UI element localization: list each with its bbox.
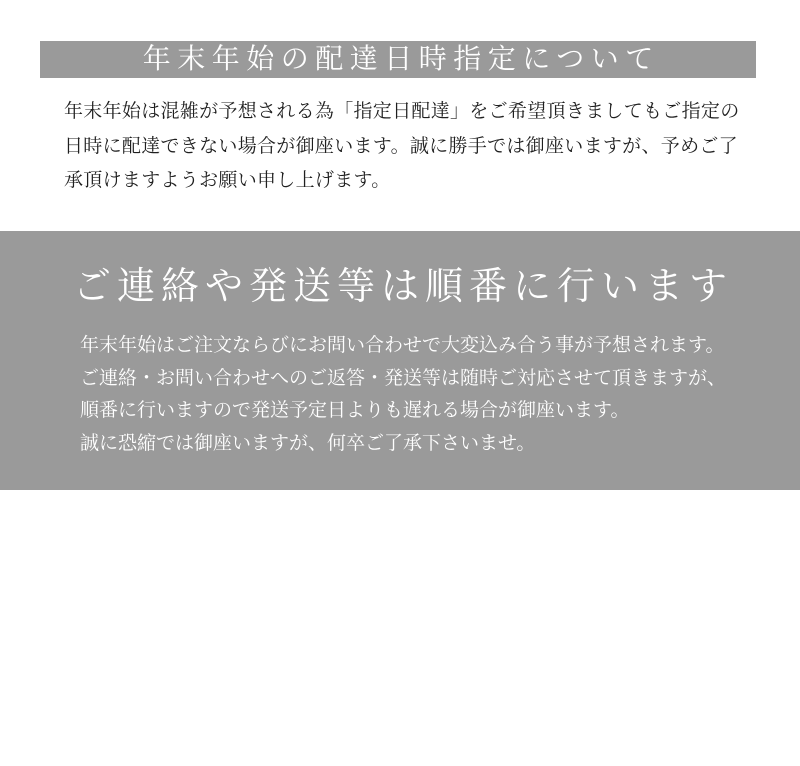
shipping-notice-box: ご連絡や発送等は順番に行います 年末年始はご注文ならびにお問い合わせで大変込み合…: [0, 231, 800, 490]
header-bar: 年末年始の配達日時指定について: [40, 41, 756, 78]
notice-line: 承頂けますようお願い申し上げます。: [64, 164, 764, 199]
shipping-line: 順番に行いますので発送予定日よりも遅れる場合が御座います。: [80, 395, 800, 428]
delivery-notice-paragraph: 年末年始は混雑が予想される為「指定日配達」をご希望頂きましてもご指定の 日時に配…: [64, 95, 764, 199]
shipping-notice-body: 年末年始はご注文ならびにお問い合わせで大変込み合う事が予想されます。 ご連絡・お…: [80, 330, 800, 460]
shipping-line: ご連絡・お問い合わせへのご返答・発送等は随時ご対応させて頂きますが、: [80, 363, 800, 396]
shipping-line: 年末年始はご注文ならびにお問い合わせで大変込み合う事が予想されます。: [80, 330, 800, 363]
notice-page: 年末年始の配達日時指定について 年末年始は混雑が予想される為「指定日配達」をご希…: [0, 0, 800, 766]
shipping-line: 誠に恐縮では御座いますが、何卒ご了承下さいませ。: [80, 428, 800, 461]
notice-line: 年末年始は混雑が予想される為「指定日配達」をご希望頂きましてもご指定の: [64, 95, 764, 130]
page-title: 年末年始の配達日時指定について: [136, 46, 659, 74]
notice-line: 日時に配達できない場合が御座います。誠に勝手では御座いますが、予めご了: [64, 130, 764, 165]
shipping-notice-heading: ご連絡や発送等は順番に行います: [0, 267, 800, 307]
